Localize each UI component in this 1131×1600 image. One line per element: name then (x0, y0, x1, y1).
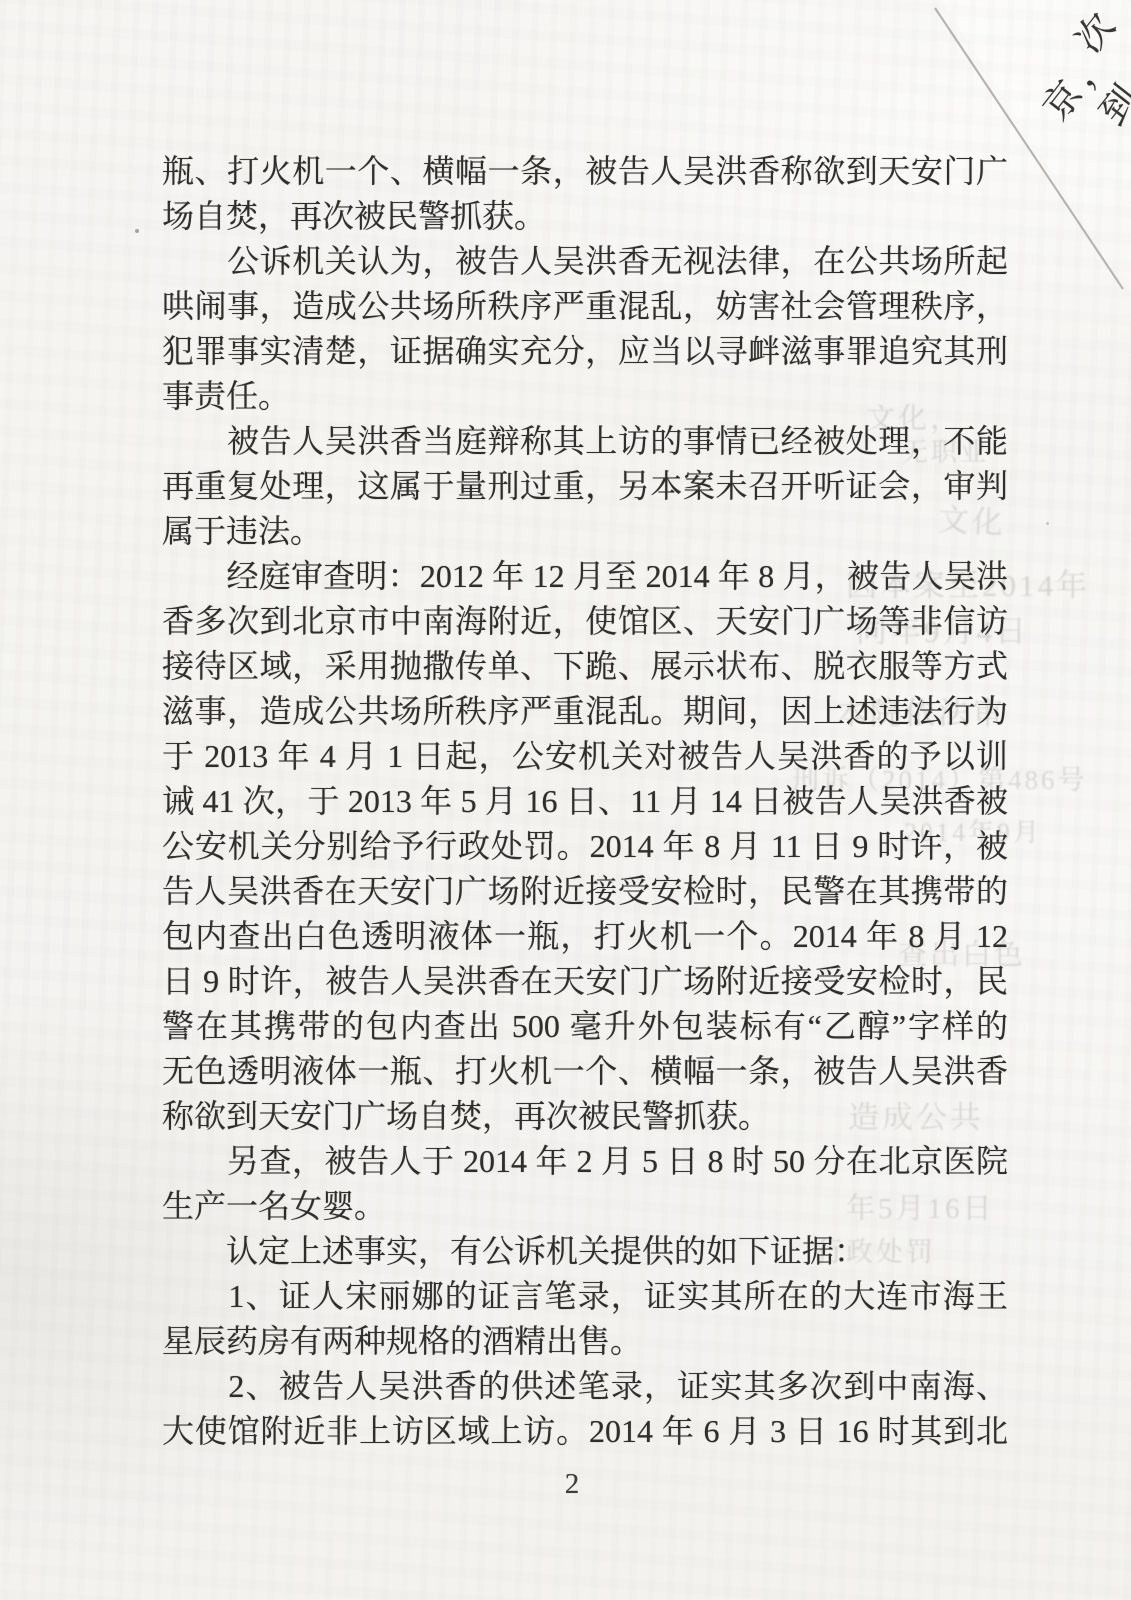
text-line: 滋事，造成公共场所秩序严重混乱。期间，因上述违法行为 (162, 689, 1008, 734)
text-line: 事责任。 (162, 374, 1008, 419)
text-line: 哄闹事，造成公共场所秩序严重混乱，妨害社会管理秩序， (162, 284, 1008, 329)
text-line: 2、被告人吴洪香的供述笔录，证实其多次到中南海、 (162, 1364, 1008, 1409)
document-body: 瓶、打火机一个、横幅一条，被告人吴洪香称欲到天安门广 场自焚，再次被民警抓获。 … (162, 149, 1008, 1454)
text-line: 属于违法。 (162, 509, 1008, 554)
text-line: 再重复处理，这属于量刑过重，另本案未召开听证会，审判 (162, 464, 1008, 509)
text-line: 诫 41 次，于 2013 年 5 月 16 日、11 月 14 日被告人吴洪香… (162, 779, 1008, 824)
text-line: 星辰药房有两种规格的酒精出售。 (162, 1319, 1008, 1364)
text-line: 1、证人宋丽娜的证言笔录，证实其所在的大连市海王 (162, 1274, 1008, 1319)
text-line: 犯罪事实清楚，证据确实充分，应当以寻衅滋事罪追究其刑 (162, 329, 1008, 374)
text-line: 场自焚，再次被民警抓获。 (162, 194, 1008, 239)
text-line: 日 9 时许，被告人吴洪香在天安门广场附近接受安检时，民 (162, 959, 1008, 1004)
text-line: 瓶、打火机一个、横幅一条，被告人吴洪香称欲到天安门广 (162, 149, 1008, 194)
text-line: 告人吴洪香在天安门广场附近接受安检时，民警在其携带的 (162, 869, 1008, 914)
scan-speck (135, 229, 139, 233)
text-line: 于 2013 年 4 月 1 日起，公安机关对被告人吴洪香的予以训 (162, 734, 1008, 779)
text-line: 公诉机关认为，被告人吴洪香无视法律，在公共场所起 (162, 239, 1008, 284)
text-line: 香多次到北京市中南海附近，使馆区、天安门广场等非信访 (162, 599, 1008, 644)
scanned-document-page: 文化， 无职业 文化 因本案至2014年 同年9月4日 本院依法审 刑诉（201… (0, 0, 1131, 1600)
text-line: 被告人吴洪香当庭辩称其上访的事情已经被处理，不能 (162, 419, 1008, 464)
text-line: 生产一名女婴。 (162, 1184, 1008, 1229)
text-line: 接待区域，采用抛撒传单、下跪、展示状布、脱衣服等方式 (162, 644, 1008, 689)
page-number: 2 (552, 1468, 592, 1501)
scan-speck (1046, 522, 1049, 525)
text-line: 经庭审查明：2012 年 12 月至 2014 年 8 月，被告人吴洪 (162, 554, 1008, 599)
text-line: 包内查出白色透明液体一瓶，打火机一个。2014 年 8 月 12 (162, 914, 1008, 959)
text-line: 警在其携带的包内查出 500 毫升外包装标有“乙醇”字样的 (162, 1004, 1008, 1049)
text-line: 称欲到天安门广场自焚，再次被民警抓获。 (162, 1094, 1008, 1139)
text-line: 另查，被告人于 2014 年 2 月 5 日 8 时 50 分在北京医院 (162, 1139, 1008, 1184)
scan-speck (406, 697, 409, 700)
text-line: 无色透明液体一瓶、打火机一个、横幅一条，被告人吴洪香 (162, 1049, 1008, 1094)
text-line: 认定上述事实，有公诉机关提供的如下证据： (162, 1229, 1008, 1274)
text-line: 公安机关分别给予行政处罚。2014 年 8 月 11 日 9 时许，被 (162, 824, 1008, 869)
text-line: 大使馆附近非上访区域上访。2014 年 6 月 3 日 16 时其到北 (162, 1409, 1008, 1454)
